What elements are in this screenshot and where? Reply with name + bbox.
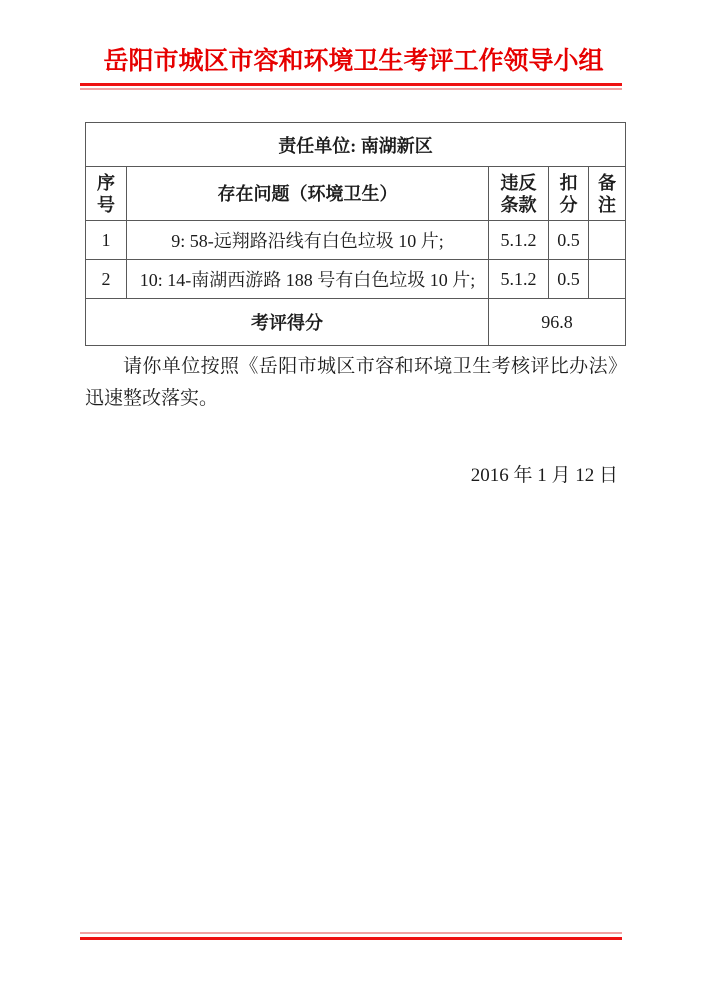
date-line: 2016 年 1 月 12 日 bbox=[0, 460, 618, 487]
cell-deduction: 0.5 bbox=[549, 260, 589, 299]
cell-clause: 5.1.2 bbox=[489, 260, 549, 299]
footer-rule-thick-line bbox=[80, 937, 622, 940]
cell-remark bbox=[589, 221, 626, 260]
score-value-cell: 96.8 bbox=[489, 299, 626, 346]
cell-index: 2 bbox=[86, 260, 127, 299]
header-problem: 存在问题（环境卫生） bbox=[127, 167, 489, 221]
table-row-score: 考评得分 96.8 bbox=[86, 299, 626, 346]
header-rule-thin-line bbox=[80, 88, 622, 90]
notice-paragraph: 请你单位按照《岳阳市城区市容和环境卫生考核评比办法》迅速整改落实。 bbox=[85, 351, 627, 415]
header-clause: 违反 条款 bbox=[489, 167, 549, 221]
header-index: 序 号 bbox=[86, 167, 127, 221]
evaluation-table: 责任单位: 南湖新区 序 号 存在问题（环境卫生） 违反 条款 扣 分 备 注 … bbox=[85, 122, 626, 346]
score-label-cell: 考评得分 bbox=[86, 299, 489, 346]
table-header-row: 序 号 存在问题（环境卫生） 违反 条款 扣 分 备 注 bbox=[86, 167, 626, 221]
cell-index: 1 bbox=[86, 221, 127, 260]
header-rule bbox=[80, 83, 622, 90]
cell-remark bbox=[589, 260, 626, 299]
table-row: 2 10: 14-南湖西游路 188 号有白色垃圾 10 片; 5.1.2 0.… bbox=[86, 260, 626, 299]
page-title: 岳阳市城区市容和环境卫生考评工作领导小组 bbox=[0, 47, 707, 77]
cell-clause: 5.1.2 bbox=[489, 221, 549, 260]
table-row-unit: 责任单位: 南湖新区 bbox=[86, 123, 626, 167]
cell-problem: 9: 58-远翔路沿线有白色垃圾 10 片; bbox=[127, 221, 489, 260]
responsible-unit-cell: 责任单位: 南湖新区 bbox=[86, 123, 626, 167]
cell-deduction: 0.5 bbox=[549, 221, 589, 260]
header-remark: 备 注 bbox=[589, 167, 626, 221]
cell-problem: 10: 14-南湖西游路 188 号有白色垃圾 10 片; bbox=[127, 260, 489, 299]
header-deduction: 扣 分 bbox=[549, 167, 589, 221]
table-row: 1 9: 58-远翔路沿线有白色垃圾 10 片; 5.1.2 0.5 bbox=[86, 221, 626, 260]
footer-rule bbox=[80, 932, 622, 940]
